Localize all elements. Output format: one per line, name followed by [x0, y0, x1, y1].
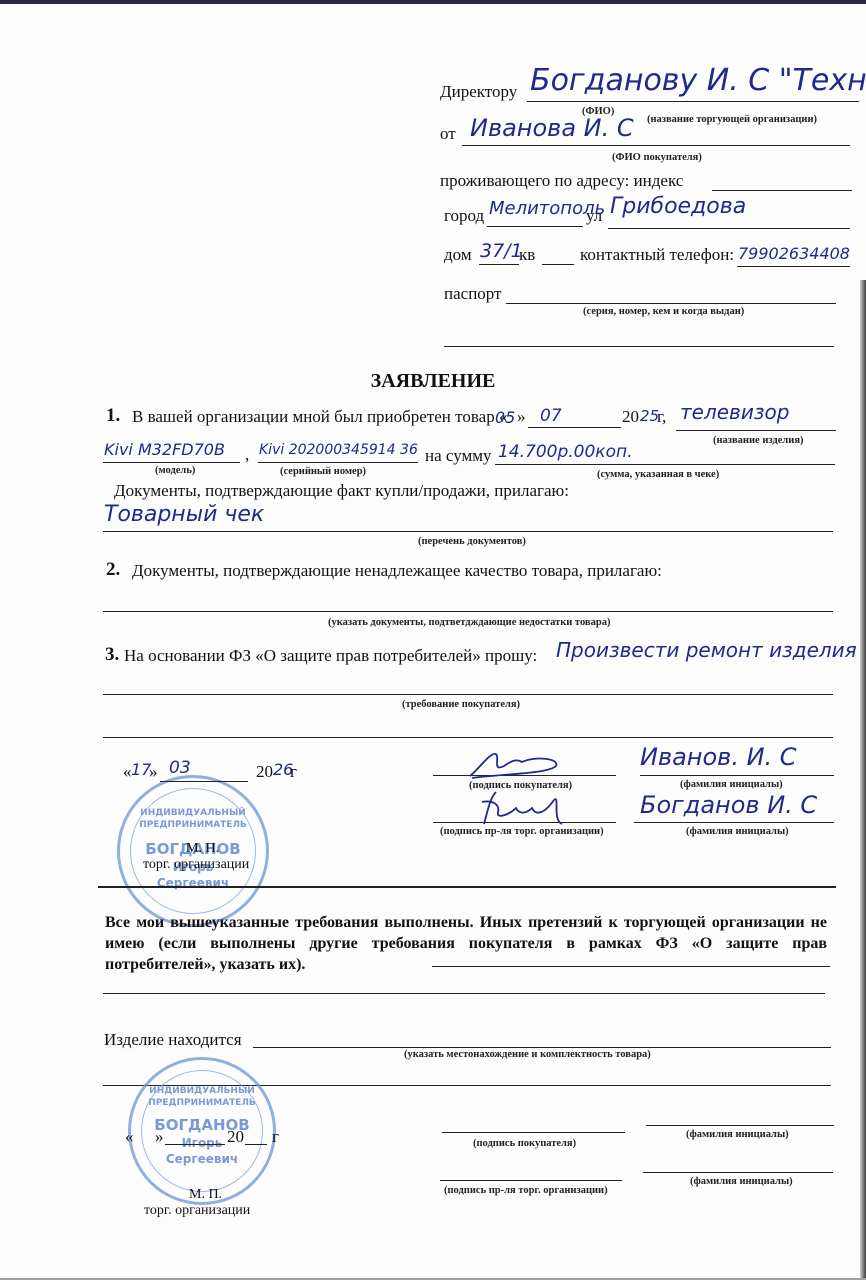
stamp-1-line1: ИНДИВИДУАЛЬНЫЙ: [120, 808, 266, 818]
index-line: [712, 190, 852, 191]
seller-sig-caption-2: (подпись пр-ля торг. организации): [444, 1186, 608, 1197]
stamp-2-line4: Игорь: [131, 1136, 273, 1150]
stamp-1-line2: ПРЕДПРИНИМАТЕЛЬ: [120, 820, 266, 830]
flat-line: [542, 264, 574, 265]
address-label: проживающего по адресу: индекс: [440, 172, 683, 189]
from-value[interactable]: Иванова И. С: [470, 116, 634, 140]
director-line: [527, 101, 859, 102]
closing-line: [432, 966, 830, 967]
mp-label: М. П.: [186, 842, 219, 856]
section-3-caption: (требование покупателя): [402, 700, 520, 711]
scan-top-edge: [0, 0, 866, 4]
director-label: Директору: [440, 83, 517, 100]
docs-label: Документы, подтверждающие факт купли/про…: [114, 482, 569, 499]
passport-caption: (серия, номер, кем и когда выдан): [583, 307, 744, 318]
document-title: ЗАЯВЛЕНИЕ: [0, 370, 866, 393]
section-2-line: [103, 611, 833, 612]
serial-caption: (серийный номер): [280, 467, 366, 478]
quote-close-2: »: [149, 763, 158, 780]
buyer-name-caption: (фамилия инициалы): [680, 780, 783, 791]
product-value[interactable]: телевизор: [680, 402, 789, 422]
date2-month-line: [165, 1144, 225, 1145]
date2-tail: г: [272, 1128, 279, 1145]
docs-line: [103, 531, 833, 532]
sign-year-tail: г: [290, 763, 297, 780]
buyer-name-caption-2: (фамилия инициалы): [686, 1130, 789, 1141]
location-caption: (указать местонахождение и комплектность…: [404, 1050, 651, 1061]
product-line: [676, 430, 836, 431]
passport-label: паспорт: [444, 285, 502, 302]
comma: ,: [245, 446, 249, 463]
sum-caption: (сумма, указанная в чеке): [597, 470, 719, 481]
from-label: от: [440, 125, 456, 142]
section-3-line-2: [103, 737, 833, 738]
buyer-sig-caption-2: (подпись покупателя): [473, 1139, 576, 1150]
seller-name-caption-2: (фамилия инициалы): [690, 1177, 793, 1188]
date2-open: «: [125, 1128, 134, 1145]
serial-line: [258, 462, 418, 463]
product-caption: (название изделия): [713, 436, 804, 447]
section-3-text: На основании ФЗ «О защите прав потребите…: [124, 647, 537, 664]
phone-value[interactable]: 79902634408: [738, 246, 850, 262]
stamp-2: ИНДИВИДУАЛЬНЫЙ ПРЕДПРИНИМАТЕЛЬ БОГДАНОВ …: [128, 1057, 276, 1205]
scan-right-edge: [860, 280, 866, 1280]
city-line: [487, 226, 583, 227]
passport-line-2: [444, 346, 834, 347]
model-value[interactable]: Kivi M32FD70B: [104, 442, 225, 458]
seller-signature[interactable]: [470, 790, 570, 826]
month-line: [528, 427, 621, 428]
sign-month[interactable]: 03: [169, 760, 191, 777]
date2-year-line: [245, 1144, 267, 1145]
buyer-name-line: [640, 775, 834, 776]
sum-value[interactable]: 14.700р.00коп.: [498, 444, 633, 461]
street-value[interactable]: Грибоедова: [610, 196, 746, 218]
passport-line: [506, 303, 836, 304]
sum-label: на сумму: [425, 447, 492, 464]
stamp-2-line2: ПРЕДПРИНИМАТЕЛЬ: [131, 1098, 273, 1108]
model-line: [103, 462, 240, 463]
section-3-number: 3.: [105, 645, 119, 664]
year-prefix: 20: [622, 408, 639, 425]
section-3-line: [103, 694, 833, 695]
date2-close: »: [155, 1128, 164, 1145]
seller-name-line-2: [643, 1172, 833, 1173]
sum-line: [495, 464, 835, 465]
buyer-sig-line-2: [442, 1132, 625, 1133]
phone-label: контактный телефон:: [580, 246, 734, 263]
seller-name-value[interactable]: Богданов И. С: [640, 793, 817, 817]
org-caption: (название торгующей организации): [647, 115, 817, 126]
year-tail: г,: [657, 408, 666, 425]
flat-label: кв: [519, 246, 535, 263]
section-2-caption: (указать документы, подтветдждающие недо…: [328, 618, 610, 629]
street-line: [608, 228, 850, 229]
section-divider: [98, 886, 836, 888]
seller-name-caption: (фамилия инициалы): [686, 827, 789, 838]
location-line: [253, 1047, 831, 1048]
director-value[interactable]: Богданову И. С "Техно": [530, 66, 866, 96]
model-caption: (модель): [155, 466, 195, 477]
buyer-signature[interactable]: [460, 748, 570, 780]
stamp-2-line3: БОГДАНОВ: [131, 1116, 273, 1134]
location-label: Изделие находится: [104, 1031, 242, 1048]
house-line: [479, 264, 519, 265]
docs-caption: (перечень документов): [418, 537, 526, 548]
house-label: дом: [444, 246, 472, 263]
section-1-number: 1.: [106, 406, 120, 425]
section-2-text: Документы, подтверждающие ненадлежащее к…: [132, 562, 662, 579]
city-label: город: [444, 207, 484, 224]
serial-value[interactable]: Kivi 202000345914 36: [259, 443, 418, 457]
house-value[interactable]: 37/1: [480, 242, 523, 261]
section-2-number: 2.: [106, 560, 120, 579]
section-1-text: В вашей организации мной был приобретен …: [132, 408, 507, 425]
org-label: торг. организации: [143, 858, 249, 872]
quote-close: »: [517, 408, 526, 425]
stamp-2-line1: ИНДИВИДУАЛЬНЫЙ: [131, 1086, 273, 1096]
from-line: [462, 145, 850, 146]
org-label-2: торг. организации: [144, 1204, 250, 1218]
buyer-name-value[interactable]: Иванов. И. С: [640, 745, 797, 769]
mp-label-2: М. П.: [189, 1188, 222, 1202]
sign-month-line: [160, 781, 248, 782]
seller-sig-line-2: [440, 1180, 622, 1181]
phone-line: [737, 266, 850, 267]
street-label: ул: [586, 207, 602, 224]
purchase-month[interactable]: 07: [540, 408, 562, 425]
date2-year: 20: [227, 1128, 244, 1145]
purchase-day[interactable]: 05: [495, 410, 515, 426]
seller-sig-caption: (подпись пр-ля торг. организации): [440, 827, 604, 838]
seller-name-line: [634, 822, 834, 823]
stamp-2-line5: Сергеевич: [131, 1152, 273, 1166]
buyer-caption: (ФИО покупателя): [612, 153, 702, 164]
sign-year-prefix: 20: [256, 763, 273, 780]
section-3-value[interactable]: Произвести ремонт изделия: [556, 640, 857, 660]
buyer-name-line-2: [646, 1125, 834, 1126]
closing-line-2: [103, 993, 825, 994]
docs-value[interactable]: Товарный чек: [104, 504, 264, 526]
